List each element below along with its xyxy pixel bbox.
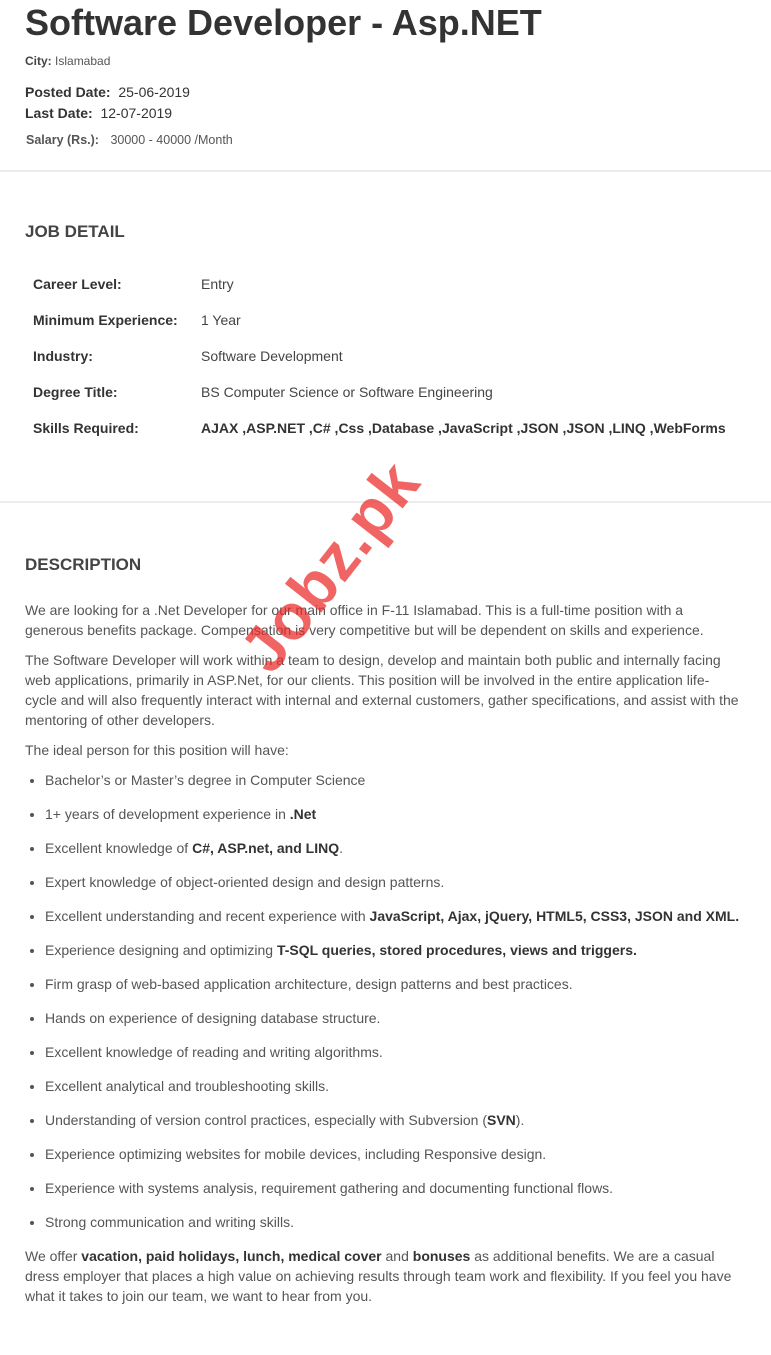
requirement-text: Experience optimizing websites for mobil… bbox=[45, 1146, 546, 1162]
requirements-list: Bachelor’s or Master’s degree in Compute… bbox=[25, 770, 740, 1232]
detail-label: Skills Required: bbox=[33, 420, 201, 456]
requirement-text: Bachelor’s or Master’s degree in Compute… bbox=[45, 772, 365, 788]
closing-text: and bbox=[382, 1248, 413, 1264]
requirement-text: Expert knowledge of object-oriented desi… bbox=[45, 874, 444, 890]
detail-row-degree-title: Degree Title: BS Computer Science or Sof… bbox=[33, 384, 726, 420]
requirement-text: Excellent knowledge of reading and writi… bbox=[45, 1044, 383, 1060]
requirement-text: Experience with systems analysis, requir… bbox=[45, 1180, 613, 1196]
detail-value: Entry bbox=[201, 276, 726, 312]
detail-label: Minimum Experience: bbox=[33, 312, 201, 348]
section-divider bbox=[0, 170, 771, 172]
requirement-item: Understanding of version control practic… bbox=[45, 1110, 740, 1130]
detail-row-min-experience: Minimum Experience: 1 Year bbox=[33, 312, 726, 348]
salary-value: 30000 - 40000 /Month bbox=[110, 133, 232, 147]
description-body: We are looking for a .Net Developer for … bbox=[25, 600, 740, 1316]
job-detail-table: Career Level: Entry Minimum Experience: … bbox=[33, 276, 726, 456]
requirement-bold: JavaScript, Ajax, jQuery, HTML5, CSS3, J… bbox=[370, 908, 740, 924]
last-date-line: Last Date: 12-07-2019 bbox=[25, 103, 746, 124]
closing-bold: bonuses bbox=[413, 1248, 471, 1264]
requirement-item: Firm grasp of web-based application arch… bbox=[45, 974, 740, 994]
requirement-item: Excellent knowledge of C#, ASP.net, and … bbox=[45, 838, 740, 858]
section-divider bbox=[0, 501, 771, 503]
requirement-item: Strong communication and writing skills. bbox=[45, 1212, 740, 1232]
requirement-text: Strong communication and writing skills. bbox=[45, 1214, 294, 1230]
detail-value: BS Computer Science or Software Engineer… bbox=[201, 384, 726, 420]
closing-paragraph: We offer vacation, paid holidays, lunch,… bbox=[25, 1246, 740, 1306]
detail-row-career-level: Career Level: Entry bbox=[33, 276, 726, 312]
requirement-text: Understanding of version control practic… bbox=[45, 1112, 487, 1128]
city-line: City: Islamabad bbox=[25, 54, 746, 68]
job-title: Software Developer - Asp.NET bbox=[25, 0, 746, 44]
job-header: Software Developer - Asp.NET City: Islam… bbox=[0, 0, 771, 147]
last-date-value: 12-07-2019 bbox=[100, 105, 172, 121]
last-date-label: Last Date: bbox=[25, 105, 93, 121]
detail-row-industry: Industry: Software Development bbox=[33, 348, 726, 384]
detail-row-skills: Skills Required: AJAX ,ASP.NET ,C# ,Css … bbox=[33, 420, 726, 456]
requirement-item: Expert knowledge of object-oriented desi… bbox=[45, 872, 740, 892]
city-label: City: bbox=[25, 54, 52, 68]
job-detail-heading: JOB DETAIL bbox=[25, 222, 125, 242]
description-heading: DESCRIPTION bbox=[25, 555, 141, 575]
salary-line: Salary (Rs.): 30000 - 40000 /Month bbox=[25, 133, 746, 147]
requirement-item: 1+ years of development experience in .N… bbox=[45, 804, 740, 824]
posted-date-line: Posted Date: 25-06-2019 bbox=[25, 82, 746, 103]
detail-label: Industry: bbox=[33, 348, 201, 384]
detail-label: Degree Title: bbox=[33, 384, 201, 420]
requirement-text: . bbox=[339, 840, 343, 856]
requirement-text: Experience designing and optimizing bbox=[45, 942, 277, 958]
salary-label: Salary (Rs.): bbox=[26, 133, 99, 147]
requirement-bold: SVN bbox=[487, 1112, 516, 1128]
detail-value: 1 Year bbox=[201, 312, 726, 348]
requirement-text: Hands on experience of designing databas… bbox=[45, 1010, 380, 1026]
description-paragraph: We are looking for a .Net Developer for … bbox=[25, 600, 740, 640]
requirement-item: Hands on experience of designing databas… bbox=[45, 1008, 740, 1028]
requirement-item: Experience designing and optimizing T-SQ… bbox=[45, 940, 740, 960]
closing-bold: vacation, paid holidays, lunch, medical … bbox=[81, 1248, 381, 1264]
requirement-bold: T-SQL queries, stored procedures, views … bbox=[277, 942, 637, 958]
requirement-item: Experience with systems analysis, requir… bbox=[45, 1178, 740, 1198]
requirement-text: Firm grasp of web-based application arch… bbox=[45, 976, 573, 992]
requirement-text: 1+ years of development experience in bbox=[45, 806, 290, 822]
requirement-item: Excellent analytical and troubleshooting… bbox=[45, 1076, 740, 1096]
posted-date-value: 25-06-2019 bbox=[118, 84, 190, 100]
requirement-text: ). bbox=[516, 1112, 525, 1128]
skills-value: AJAX ,ASP.NET ,C# ,Css ,Database ,JavaSc… bbox=[201, 420, 726, 456]
requirement-text: Excellent knowledge of bbox=[45, 840, 192, 856]
requirement-item: Excellent knowledge of reading and writi… bbox=[45, 1042, 740, 1062]
posted-date-label: Posted Date: bbox=[25, 84, 111, 100]
requirement-item: Excellent understanding and recent exper… bbox=[45, 906, 740, 926]
detail-value: Software Development bbox=[201, 348, 726, 384]
requirement-bold: .Net bbox=[290, 806, 316, 822]
requirement-bold: C#, ASP.net, and LINQ bbox=[192, 840, 339, 856]
closing-text: We offer bbox=[25, 1248, 81, 1264]
dates-block: Posted Date: 25-06-2019 Last Date: 12-07… bbox=[25, 82, 746, 124]
detail-label: Career Level: bbox=[33, 276, 201, 312]
requirement-item: Experience optimizing websites for mobil… bbox=[45, 1144, 740, 1164]
description-paragraph: The Software Developer will work within … bbox=[25, 650, 740, 730]
requirement-text: Excellent analytical and troubleshooting… bbox=[45, 1078, 329, 1094]
requirement-item: Bachelor’s or Master’s degree in Compute… bbox=[45, 770, 740, 790]
description-paragraph: The ideal person for this position will … bbox=[25, 740, 740, 760]
city-value: Islamabad bbox=[55, 54, 110, 68]
requirement-text: Excellent understanding and recent exper… bbox=[45, 908, 370, 924]
